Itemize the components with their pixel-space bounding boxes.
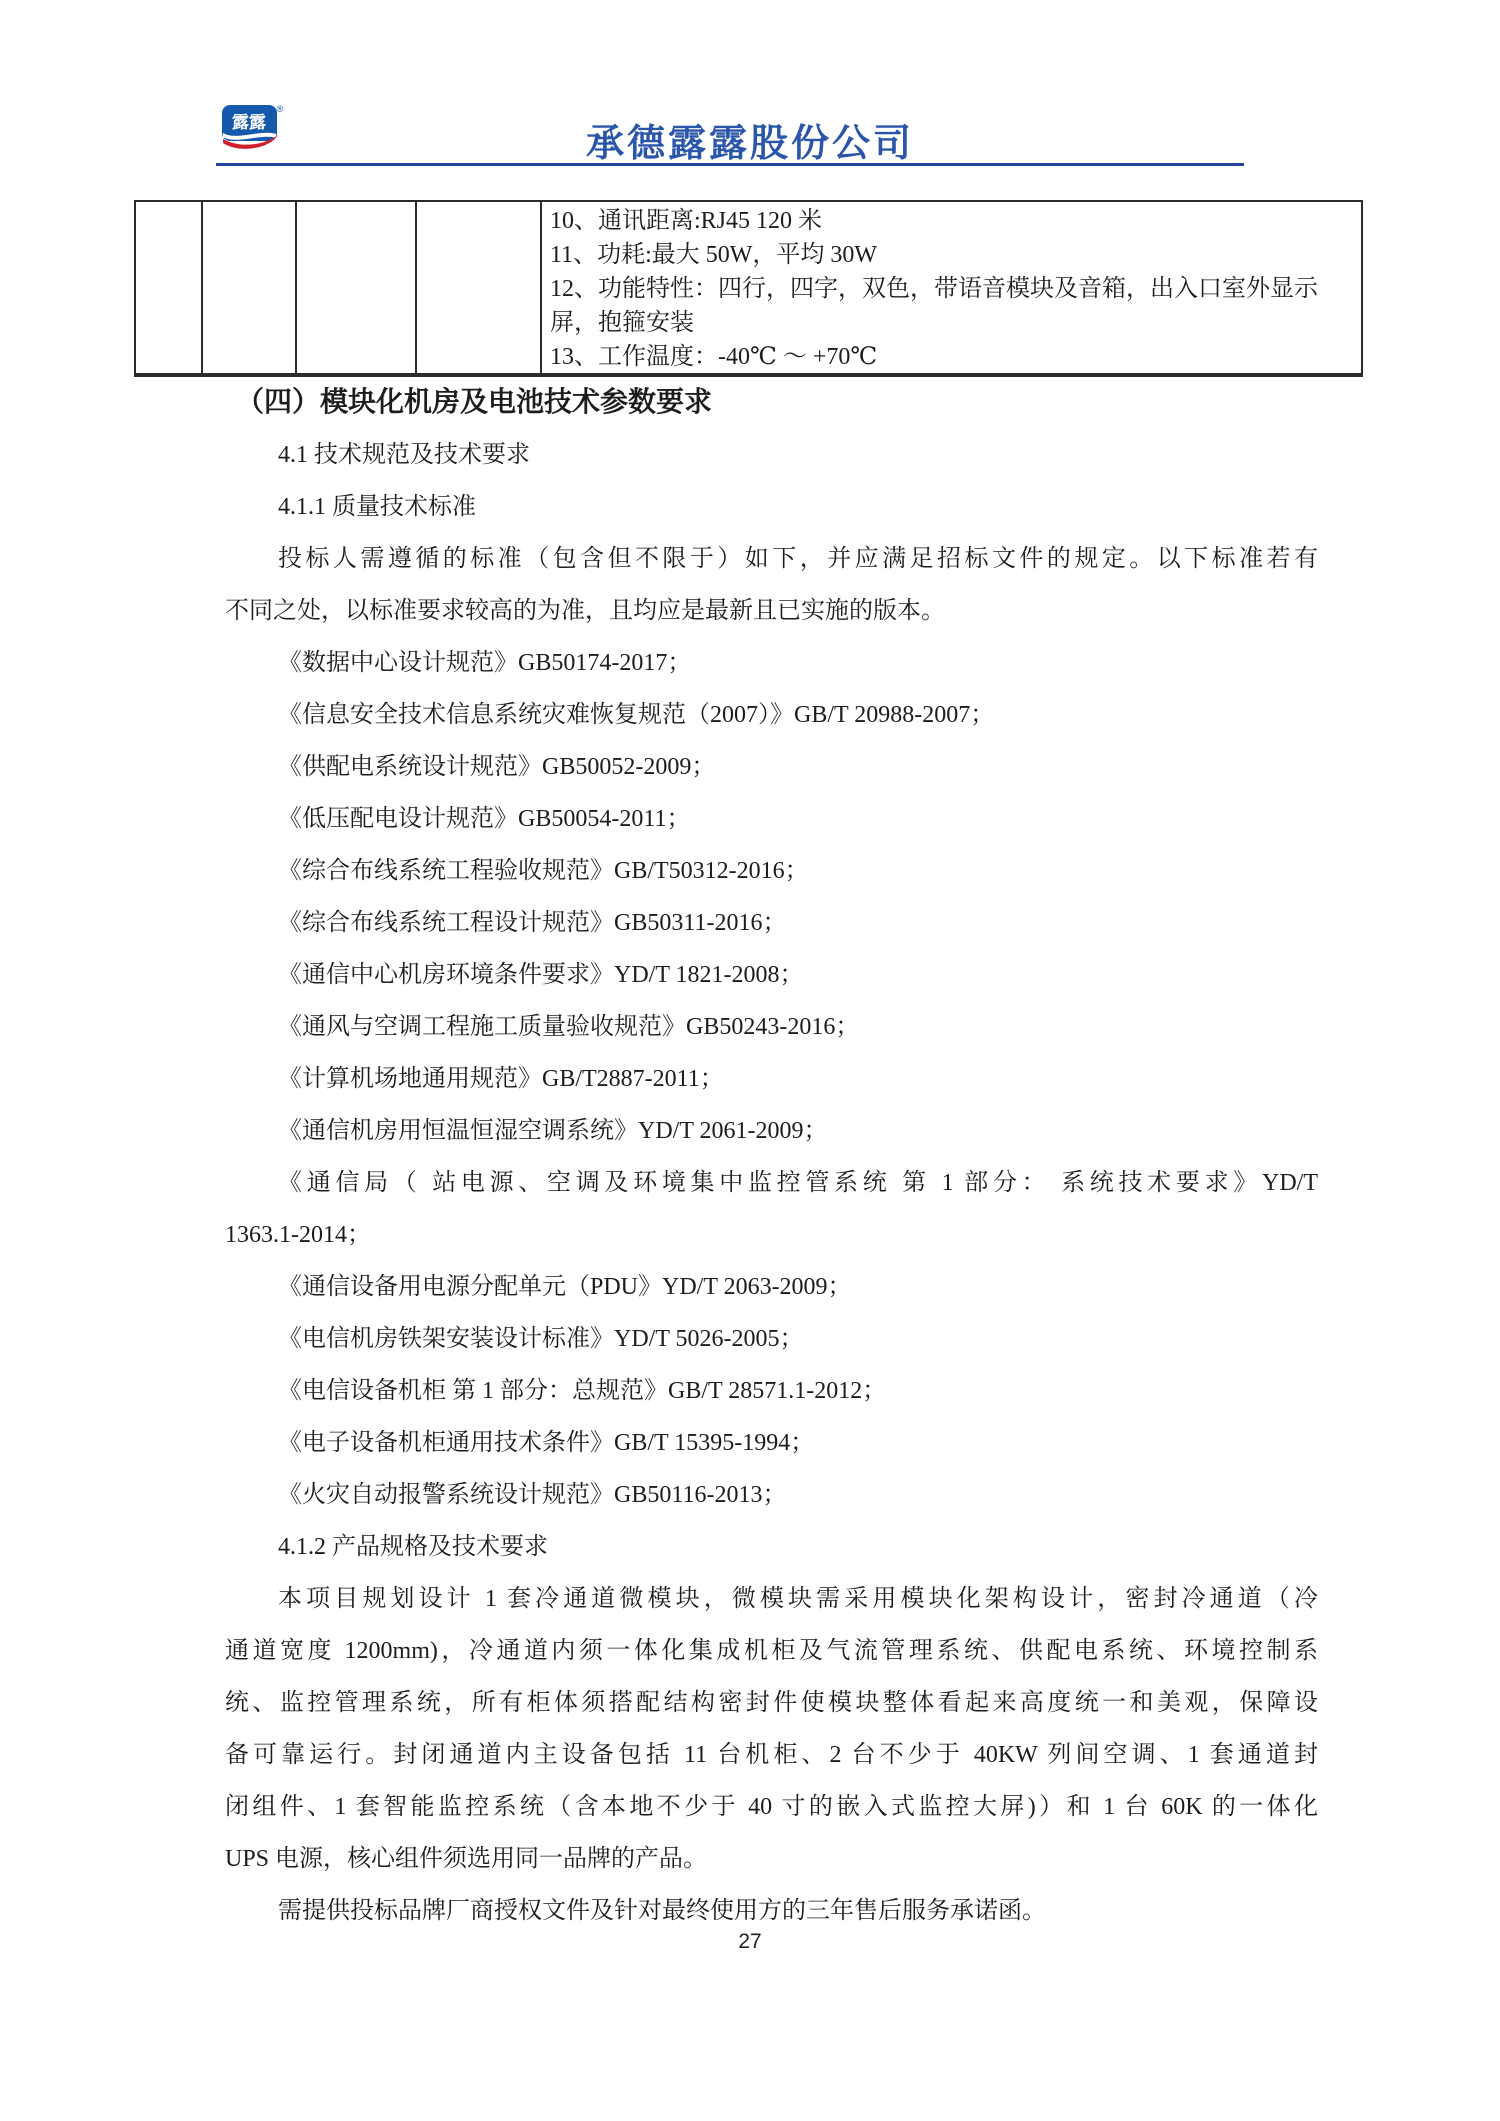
spec-table-empty-cell [297, 202, 417, 373]
body-line: 《电信设备机柜 第 1 部分：总规范》GB/T 28571.1-2012； [225, 1365, 1318, 1417]
document-page: 露露 ® 承德露露股份公司 10、通讯距离:RJ45 120 米11、功耗:最大… [0, 0, 1500, 2121]
spec-table-empty-cell [203, 202, 297, 373]
body-line: 本项目规划设计 1 套冷通道微模块，微模块需采用模块化架构设计，密封冷通道（冷 [225, 1573, 1318, 1625]
body-line: 《综合布线系统工程验收规范》GB/T50312-2016； [225, 845, 1318, 897]
body-line: 投标人需遵循的标准（包含但不限于）如下，并应满足招标文件的规定。以下标准若有 [225, 533, 1318, 585]
body-line: 《低压配电设计规范》GB50054-2011； [225, 793, 1318, 845]
company-title: 承德露露股份公司 [0, 112, 1500, 167]
spec-table-empty-cell [417, 202, 542, 373]
body-line: 《通信机房用恒温恒湿空调系统》YD/T 2061-2009； [225, 1105, 1318, 1157]
spec-item: 12、功能特性：四行，四字，双色，带语音模块及音箱，出入口室外显示屏，抱箍安装 [550, 272, 1353, 340]
spec-table-empty-cell [136, 202, 203, 373]
spec-table: 10、通讯距离:RJ45 120 米11、功耗:最大 50W，平均 30W12、… [134, 200, 1363, 377]
body-line: 闭组件、1 套智能监控系统（含本地不少于 40 寸的嵌入式监控大屏)）和 1 台… [225, 1781, 1318, 1833]
body-line: 《计算机场地通用规范》GB/T2887-2011； [225, 1053, 1318, 1105]
body-line: 《电子设备机柜通用技术条件》GB/T 15395-1994； [225, 1417, 1318, 1469]
body-line: 4.1.1 质量技术标准 [225, 481, 1318, 533]
body-line: （四）模块化机房及电池技术参数要求 [225, 377, 1318, 429]
body-line: 《通信局（ 站电源、空调及环境集中监控管系统 第 1 部分： 系统技术要求》YD… [225, 1157, 1318, 1209]
body-line: 4.1 技术规范及技术要求 [225, 429, 1318, 481]
body-line: 《电信机房铁架安装设计标准》YD/T 5026-2005； [225, 1313, 1318, 1365]
spec-item: 11、功耗:最大 50W，平均 30W [550, 238, 1353, 272]
body-line: UPS 电源，核心组件须选用同一品牌的产品。 [225, 1833, 1318, 1885]
body-line: 《综合布线系统工程设计规范》GB50311-2016； [225, 897, 1318, 949]
body-line: 1363.1-2014； [225, 1209, 1318, 1261]
body-line: 《信息安全技术信息系统灾难恢复规范（2007）》GB/T 20988-2007； [225, 689, 1318, 741]
body-line: 统、监控管理系统，所有柜体须搭配结构密封件使模块整体看起来高度统一和美观，保障设 [225, 1677, 1318, 1729]
header-rule [216, 163, 1244, 166]
spec-table-content-cell: 10、通讯距离:RJ45 120 米11、功耗:最大 50W，平均 30W12、… [542, 202, 1361, 373]
body-line: 备可靠运行。封闭通道内主设备包括 11 台机柜、2 台不少于 40KW 列间空调… [225, 1729, 1318, 1781]
spec-item: 13、工作温度：-40℃ ～ +70℃ [550, 340, 1353, 374]
page-number: 27 [0, 1930, 1500, 1954]
body-line: 《供配电系统设计规范》GB50052-2009； [225, 741, 1318, 793]
spec-item: 10、通讯距离:RJ45 120 米 [550, 204, 1353, 238]
body-line: 《通信中心机房环境条件要求》YD/T 1821-2008； [225, 949, 1318, 1001]
body-line: 不同之处，以标准要求较高的为准，且均应是最新且已实施的版本。 [225, 585, 1318, 637]
body-line: 《通风与空调工程施工质量验收规范》GB50243-2016； [225, 1001, 1318, 1053]
document-body: （四）模块化机房及电池技术参数要求4.1 技术规范及技术要求4.1.1 质量技术… [225, 377, 1318, 1937]
body-line: 《火灾自动报警系统设计规范》GB50116-2013； [225, 1469, 1318, 1521]
body-line: 《通信设备用电源分配单元（PDU》YD/T 2063-2009； [225, 1261, 1318, 1313]
body-line: 通道宽度 1200mm)，冷通道内须一体化集成机柜及气流管理系统、供配电系统、环… [225, 1625, 1318, 1677]
body-line: 4.1.2 产品规格及技术要求 [225, 1521, 1318, 1573]
body-line: 《数据中心设计规范》GB50174-2017； [225, 637, 1318, 689]
